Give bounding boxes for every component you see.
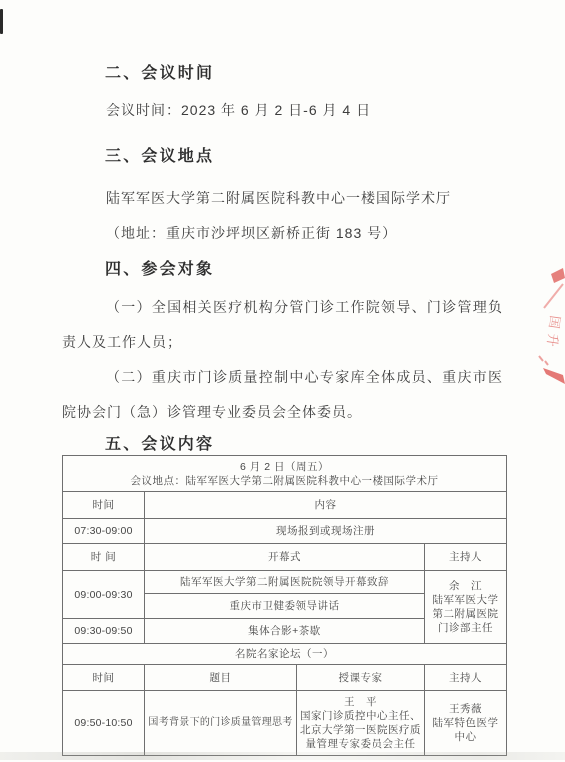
red-stamp-mark: 国 升 bbox=[527, 262, 565, 394]
scan-bottom-shadow bbox=[0, 752, 565, 760]
cell-lecture-topic: 国考背景下的门诊质量管理思考 bbox=[145, 691, 297, 756]
schedule-venue: 会议地点：陆军军医大学第二附属医院科教中心一楼国际学术厅 bbox=[65, 474, 504, 488]
column-header-host: 主持人 bbox=[425, 544, 507, 571]
stamp-stroke bbox=[544, 284, 563, 308]
host-affiliation-line: 第二附属医院 bbox=[427, 607, 504, 621]
lecture-host-name: 王秀薇 bbox=[427, 702, 504, 716]
paragraph-participants-item1: （一）全国相关医疗机构分管门诊工作院领导、门诊管理负责人及工作人员； bbox=[62, 290, 503, 360]
expert-title-line: 北京大学第一医院医疗质 bbox=[299, 723, 422, 737]
cell-forum-title: 名院名家论坛（一） bbox=[63, 644, 507, 665]
cell-opening-host: 余 江 陆军军医大学 第二附属医院 门诊部主任 bbox=[425, 571, 507, 644]
expert-name: 王 平 bbox=[299, 695, 422, 709]
host-affiliation-line: 陆军军医大学 bbox=[427, 593, 504, 607]
cell-lecture-host: 王秀薇 陆军特色医学 中心 bbox=[425, 691, 507, 756]
paragraph-participants-item2: （二）重庆市门诊质量控制中心专家库全体成员、重庆市医院协会门（急）诊管理专业委员… bbox=[62, 360, 503, 430]
schedule-date: 6 月 2 日（周五） bbox=[65, 460, 504, 474]
section-heading-meeting-location: 三、会议地点 bbox=[62, 147, 506, 167]
lecture-host-affiliation-line: 中心 bbox=[427, 730, 504, 744]
scan-edge-artifact bbox=[0, 9, 3, 34]
column-header-opening: 开幕式 bbox=[145, 544, 425, 571]
cell-opening-speech: 陆军军医大学第二附属医院院领导开幕致辞 bbox=[145, 571, 425, 594]
section-heading-meeting-content: 五、会议内容 bbox=[62, 435, 506, 455]
expert-title-line: 国家门诊质控中心主任、 bbox=[299, 709, 422, 723]
cell-registration-time: 07:30-09:00 bbox=[63, 519, 145, 544]
cell-lecture-expert: 王 平 国家门诊质控中心主任、 北京大学第一医院医疗质 量管理专家委员会主任 bbox=[297, 691, 425, 756]
host-name: 余 江 bbox=[427, 579, 504, 593]
cell-registration-content: 现场报到或现场注册 bbox=[145, 519, 507, 544]
stamp-character: 升 bbox=[544, 333, 561, 348]
section-heading-participants: 四、参会对象 bbox=[62, 260, 506, 280]
document-page: 二、会议时间 会议时间：2023 年 6 月 2 日-6 月 4 日 三、会议地… bbox=[0, 0, 565, 762]
expert-title-line: 量管理专家委员会主任 bbox=[299, 737, 422, 751]
column-header-content: 内容 bbox=[145, 492, 507, 519]
cell-photo-time: 09:30-09:50 bbox=[63, 619, 145, 644]
column-header-expert: 授课专家 bbox=[297, 665, 425, 691]
host-title-line: 门诊部主任 bbox=[427, 621, 504, 635]
cell-health-commission-speech: 重庆市卫健委领导讲话 bbox=[145, 594, 425, 619]
cell-date-venue-header: 6 月 2 日（周五） 会议地点：陆军军医大学第二附属医院科教中心一楼国际学术厅 bbox=[63, 456, 507, 492]
stamp-stroke bbox=[539, 356, 548, 365]
paragraph-location-address: （地址：重庆市沙坪坝区新桥正街 183 号） bbox=[62, 216, 503, 251]
column-header-time2: 时 间 bbox=[63, 544, 145, 571]
paragraph-meeting-time: 会议时间：2023 年 6 月 2 日-6 月 4 日 bbox=[62, 93, 503, 128]
section-heading-meeting-time: 二、会议时间 bbox=[62, 64, 506, 84]
column-header-time: 时间 bbox=[63, 492, 145, 519]
column-header-time3: 时间 bbox=[63, 665, 145, 691]
stamp-character: 国 bbox=[546, 315, 563, 330]
cell-photo-content: 集体合影+茶歇 bbox=[145, 619, 425, 644]
cell-lecture-time: 09:50-10:50 bbox=[63, 691, 145, 756]
stamp-stroke bbox=[551, 268, 565, 283]
schedule-table: 6 月 2 日（周五） 会议地点：陆军军医大学第二附属医院科教中心一楼国际学术厅… bbox=[62, 455, 507, 756]
paragraph-location-venue: 陆军军医大学第二附属医院科教中心一楼国际学术厅 bbox=[62, 181, 503, 216]
cell-opening-time: 09:00-09:30 bbox=[63, 571, 145, 619]
document-content: 二、会议时间 会议时间：2023 年 6 月 2 日-6 月 4 日 三、会议地… bbox=[62, 0, 506, 756]
stamp-stroke bbox=[543, 368, 565, 384]
column-header-topic: 题目 bbox=[145, 665, 297, 691]
lecture-host-affiliation-line: 陆军特色医学 bbox=[427, 716, 504, 730]
column-header-host2: 主持人 bbox=[425, 665, 507, 691]
